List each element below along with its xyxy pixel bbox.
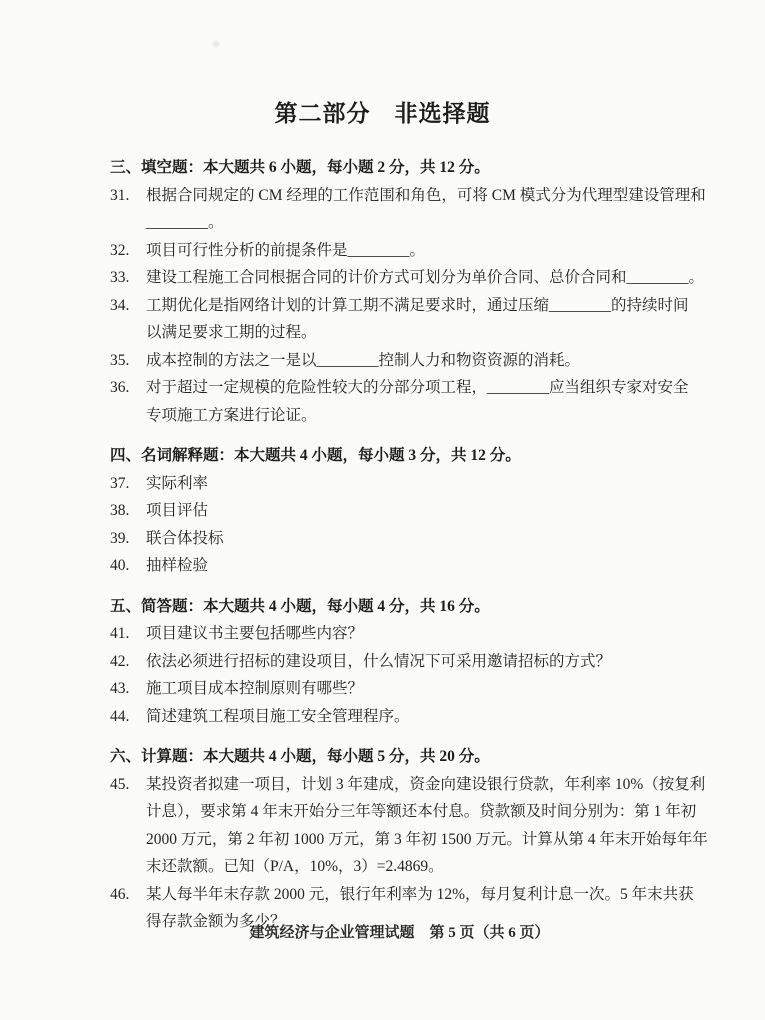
- question-34: 34.工期优化是指网络计划的计算工期不满足要求时，通过压缩________的持续…: [110, 292, 669, 347]
- question-43: 43.施工项目成本控制原则有哪些？: [110, 675, 669, 703]
- question-number: 40.: [110, 552, 146, 580]
- question-36: 36.对于超过一定规模的危险性较大的分部分项工程，________应当组织专家对…: [110, 374, 669, 429]
- question-line: 施工项目成本控制原则有哪些？: [146, 675, 669, 703]
- question-number: 33.: [110, 264, 146, 292]
- question-text: 对于超过一定规模的危险性较大的分部分项工程，________应当组织专家对安全专…: [146, 374, 689, 429]
- question-number: 37.: [110, 470, 146, 498]
- question-37: 37.实际利率: [110, 470, 669, 498]
- question-text: 施工项目成本控制原则有哪些？: [146, 675, 669, 703]
- question-41: 41.项目建议书主要包括哪些内容？: [110, 620, 669, 648]
- question-line: 计息），要求第 4 年末开始分三年等额还本付息。贷款额及时间分别为：第 1 年初: [146, 798, 708, 826]
- question-line: 根据合同规定的 CM 经理的工作范围和角色，可将 CM 模式分为代理型建设管理和: [146, 182, 706, 210]
- question-line: 2000 万元，第 2 年初 1000 万元，第 3 年初 1500 万元。计算…: [146, 826, 708, 854]
- section-5: 五、简答题：本大题共 4 小题，每小题 4 分，共 16 分。41.项目建议书主…: [110, 593, 669, 731]
- question-text: 某投资者拟建一项目，计划 3 年建成，资金向建设银行贷款，年利率 10%（按复利…: [146, 771, 708, 881]
- question-text: 项目建议书主要包括哪些内容？: [146, 620, 669, 648]
- question-line: 依法必须进行招标的建设项目，什么情况下可采用邀请招标的方式？: [146, 648, 669, 676]
- question-line: 以满足要求工期的过程。: [146, 319, 689, 347]
- question-text: 依法必须进行招标的建设项目，什么情况下可采用邀请招标的方式？: [146, 648, 669, 676]
- page-footer: 建筑经济与企业管理试题 第 5 页（共 6 页）: [0, 921, 765, 942]
- question-number: 46.: [110, 881, 146, 909]
- question-number: 44.: [110, 703, 146, 731]
- question-text: 建设工程施工合同根据合同的计价方式可划分为单价合同、总价合同和________。: [146, 264, 704, 292]
- question-text: 联合体投标: [146, 525, 669, 553]
- question-line: 联合体投标: [146, 525, 669, 553]
- section-3: 三、填空题：本大题共 6 小题，每小题 2 分，共 12 分。31.根据合同规定…: [110, 154, 669, 429]
- question-45: 45.某投资者拟建一项目，计划 3 年建成，资金向建设银行贷款，年利率 10%（…: [110, 771, 669, 881]
- question-42: 42.依法必须进行招标的建设项目，什么情况下可采用邀请招标的方式？: [110, 648, 669, 676]
- question-text: 成本控制的方法之一是以________控制人力和物资资源的消耗。: [146, 347, 669, 375]
- question-number: 31.: [110, 182, 146, 210]
- section-heading: 五、简答题：本大题共 4 小题，每小题 4 分，共 16 分。: [110, 593, 669, 621]
- scan-artifact: [212, 40, 220, 48]
- question-32: 32.项目可行性分析的前提条件是________。: [110, 237, 669, 265]
- question-line: 末还款额。已知（P/A，10%，3）=2.4869。: [146, 853, 708, 881]
- question-number: 43.: [110, 675, 146, 703]
- question-text: 实际利率: [146, 470, 669, 498]
- question-number: 34.: [110, 292, 146, 320]
- question-line: 项目可行性分析的前提条件是________。: [146, 237, 669, 265]
- question-40: 40.抽样检验: [110, 552, 669, 580]
- question-33: 33.建设工程施工合同根据合同的计价方式可划分为单价合同、总价合同和______…: [110, 264, 669, 292]
- question-line: 项目建议书主要包括哪些内容？: [146, 620, 669, 648]
- question-line: 对于超过一定规模的危险性较大的分部分项工程，________应当组织专家对安全: [146, 374, 689, 402]
- question-number: 32.: [110, 237, 146, 265]
- question-number: 36.: [110, 374, 146, 402]
- question-35: 35.成本控制的方法之一是以________控制人力和物资资源的消耗。: [110, 347, 669, 375]
- question-line: 某投资者拟建一项目，计划 3 年建成，资金向建设银行贷款，年利率 10%（按复利: [146, 771, 708, 799]
- question-number: 41.: [110, 620, 146, 648]
- question-line: ________。: [146, 209, 706, 237]
- question-line: 简述建筑工程项目施工安全管理程序。: [146, 703, 669, 731]
- section-heading: 六、计算题：本大题共 4 小题，每小题 5 分，共 20 分。: [110, 743, 669, 771]
- question-text: 工期优化是指网络计划的计算工期不满足要求时，通过压缩________的持续时间以…: [146, 292, 689, 347]
- question-31: 31.根据合同规定的 CM 经理的工作范围和角色，可将 CM 模式分为代理型建设…: [110, 182, 669, 237]
- section-6: 六、计算题：本大题共 4 小题，每小题 5 分，共 20 分。45.某投资者拟建…: [110, 743, 669, 936]
- question-line: 建设工程施工合同根据合同的计价方式可划分为单价合同、总价合同和________。: [146, 264, 704, 292]
- question-line: 项目评估: [146, 497, 669, 525]
- question-44: 44.简述建筑工程项目施工安全管理程序。: [110, 703, 669, 731]
- question-text: 项目可行性分析的前提条件是________。: [146, 237, 669, 265]
- section-heading: 三、填空题：本大题共 6 小题，每小题 2 分，共 12 分。: [110, 154, 669, 182]
- question-number: 45.: [110, 771, 146, 799]
- question-text: 项目评估: [146, 497, 669, 525]
- question-text: 简述建筑工程项目施工安全管理程序。: [146, 703, 669, 731]
- question-line: 某人每半年末存款 2000 元，银行年利率为 12%，每月复利计息一次。5 年末…: [146, 881, 694, 909]
- question-line: 抽样检验: [146, 552, 669, 580]
- question-38: 38.项目评估: [110, 497, 669, 525]
- question-number: 42.: [110, 648, 146, 676]
- question-line: 实际利率: [146, 470, 669, 498]
- question-number: 39.: [110, 525, 146, 553]
- question-number: 38.: [110, 497, 146, 525]
- page-title: 第二部分 非选择题: [0, 15, 765, 128]
- question-line: 成本控制的方法之一是以________控制人力和物资资源的消耗。: [146, 347, 669, 375]
- question-number: 35.: [110, 347, 146, 375]
- exam-body: 三、填空题：本大题共 6 小题，每小题 2 分，共 12 分。31.根据合同规定…: [0, 154, 765, 936]
- question-39: 39.联合体投标: [110, 525, 669, 553]
- section-heading: 四、名词解释题：本大题共 4 小题，每小题 3 分，共 12 分。: [110, 442, 669, 470]
- question-line: 工期优化是指网络计划的计算工期不满足要求时，通过压缩________的持续时间: [146, 292, 689, 320]
- question-text: 根据合同规定的 CM 经理的工作范围和角色，可将 CM 模式分为代理型建设管理和…: [146, 182, 706, 237]
- question-line: 专项施工方案进行论证。: [146, 402, 689, 430]
- section-4: 四、名词解释题：本大题共 4 小题，每小题 3 分，共 12 分。37.实际利率…: [110, 442, 669, 580]
- question-text: 抽样检验: [146, 552, 669, 580]
